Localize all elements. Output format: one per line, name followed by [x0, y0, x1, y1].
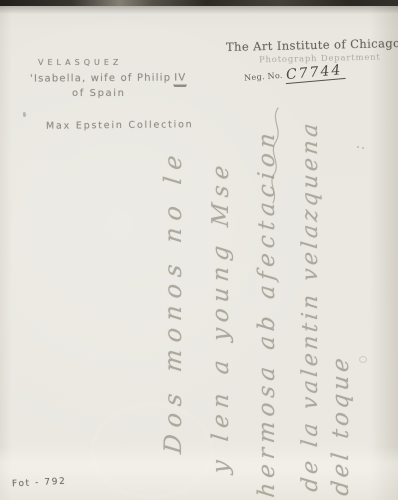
inscription-line-1: Dos monos no le [158, 180, 188, 455]
top-edge-shadow [0, 6, 398, 14]
stamp-institution: The Art Institute of Chicago [226, 36, 398, 54]
artwork-title-text: 'Isabella, wife of Philip [30, 73, 171, 85]
neg-number-value: C7744 [284, 62, 346, 84]
neg-number-label: Neg. No. [244, 71, 283, 83]
pencil-speck [357, 146, 359, 148]
pencil-speck [23, 112, 26, 117]
photo-verso-card: The Art Institute of Chicago Photograph … [0, 0, 398, 500]
artwork-title-line2: of Spain [72, 88, 126, 99]
artwork-title: 'Isabella, wife of PhilipIV [30, 72, 188, 84]
collection-note: Max Epstein Collection [46, 119, 194, 132]
circular-stain-mark [92, 404, 212, 498]
inscription-line-4: de la valentin velazquena [296, 130, 326, 493]
artwork-title-numeral: IV [173, 72, 187, 85]
photo-number: Fot - 792 [12, 477, 67, 490]
artist-name: VELASQUEZ [38, 58, 122, 67]
stray-pencil-squiggle [266, 106, 296, 206]
inscription-line-2: y len a young Mse [206, 152, 236, 475]
pencil-ring-speck [359, 356, 367, 363]
inscription-line-5: del toque [326, 364, 356, 497]
pencil-speck [362, 147, 364, 149]
